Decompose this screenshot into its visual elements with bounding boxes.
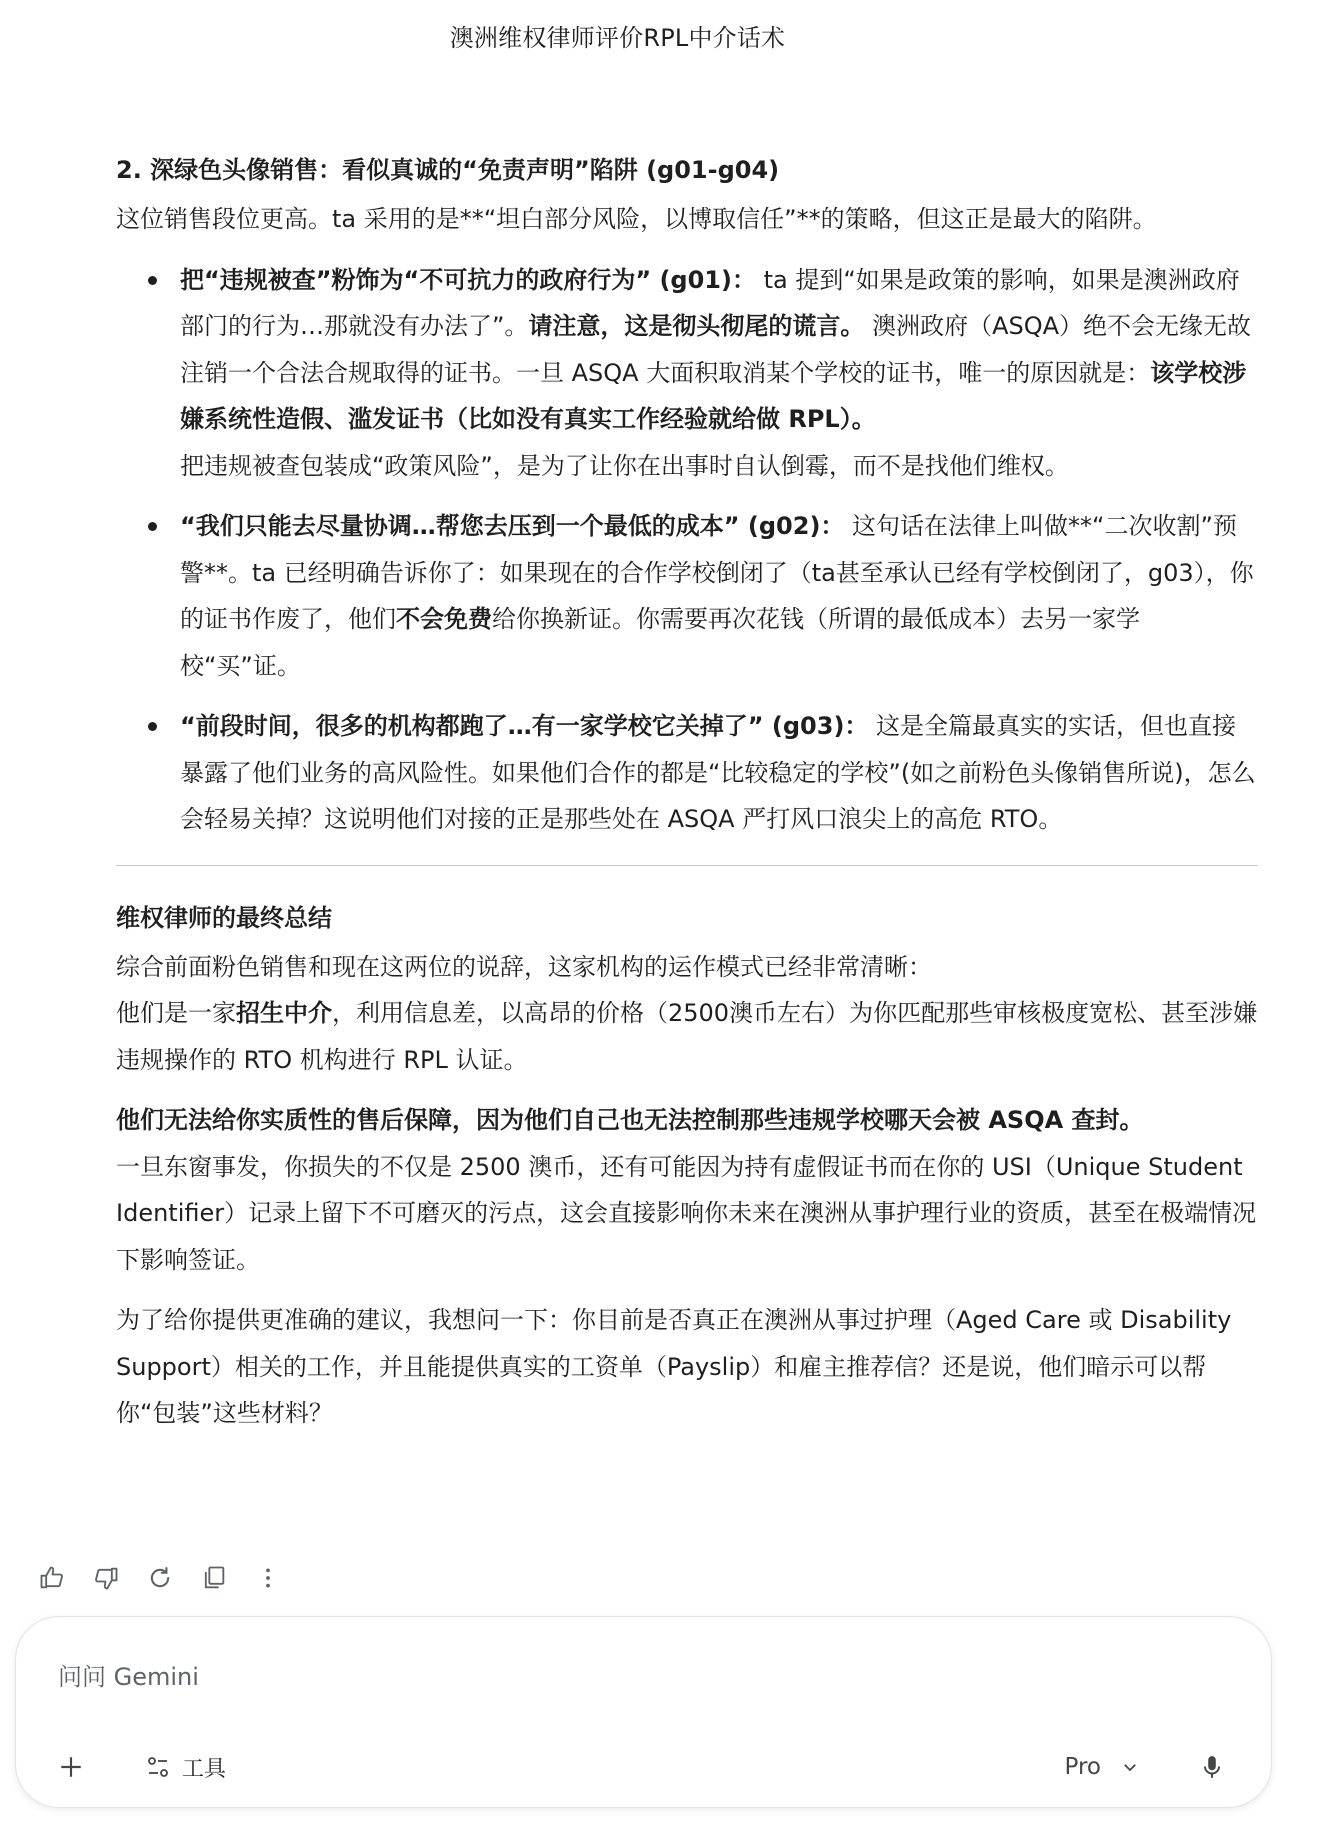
summary-text: 一旦东窗事发，你损失的不仅是 2500 澳币，还有可能因为持有虚假证书而在你的 … xyxy=(116,1153,1256,1274)
bullet-dot xyxy=(148,276,157,285)
chevron-down-icon xyxy=(1121,1758,1139,1776)
model-selector[interactable]: Pro xyxy=(1065,1754,1140,1780)
bullet-lead: 把“违规被查”粉饰为“不可抗力的政府行为” (g01)： xyxy=(180,266,756,294)
bullet-list: 把“违规被查”粉饰为“不可抗力的政府行为” (g01)： ta 提到“如果是政策… xyxy=(116,257,1258,843)
list-item: 把“违规被查”粉饰为“不可抗力的政府行为” (g01)： ta 提到“如果是政策… xyxy=(180,257,1258,490)
section-intro: 这位销售段位更高。ta 采用的是**“坦白部分风险，以博取信任”**的策略，但这… xyxy=(116,196,1258,243)
list-item: “前段时间，很多的机构都跑了…有一家学校它关掉了” (g03)： 这是全篇最真实… xyxy=(180,703,1258,843)
response-actions xyxy=(36,1558,284,1598)
thumbs-down-icon xyxy=(92,1564,120,1592)
response-content: 2. 深绿色头像销售：看似真诚的“免责声明”陷阱 (g01-g04) 这位销售段… xyxy=(116,148,1258,1451)
tools-label: 工具 xyxy=(182,1752,226,1783)
bullet-lead: “我们只能去尽量协调…帮您去压到一个最低的成本” (g02)： xyxy=(180,512,844,540)
more-vert-icon xyxy=(254,1564,282,1592)
add-button[interactable] xyxy=(56,1752,86,1782)
bullet-bold: 不会免费 xyxy=(396,605,492,633)
follow-up-question: 为了给你提供更准确的建议，我想问一下：你目前是否真正在澳洲从事过护理（Aged … xyxy=(116,1297,1258,1437)
bullet-dot xyxy=(148,522,157,531)
mic-button[interactable] xyxy=(1197,1752,1227,1782)
bullet-dot xyxy=(148,722,157,731)
mic-icon xyxy=(1199,1752,1225,1782)
model-label: Pro xyxy=(1065,1754,1102,1780)
thumbs-up-button[interactable] xyxy=(36,1562,68,1594)
conversation-title: 澳洲维权律师评价RPL中介话术 xyxy=(0,18,1235,53)
list-item: “我们只能去尽量协调…帮您去压到一个最低的成本” (g02)： 这句话在法律上叫… xyxy=(180,503,1258,689)
summary-heading: 维权律师的最终总结 xyxy=(116,896,1258,940)
more-options-button[interactable] xyxy=(252,1562,284,1594)
summary-bold: 招生中介 xyxy=(236,999,332,1027)
summary-text: 综合前面粉色销售和现在这两位的说辞，这家机构的运作模式已经非常清晰： xyxy=(116,953,932,981)
divider xyxy=(116,865,1258,866)
plus-icon xyxy=(58,1754,84,1780)
tools-button[interactable]: 工具 xyxy=(146,1752,226,1783)
composer-toolbar: 工具 Pro xyxy=(56,1745,1231,1789)
prompt-input[interactable]: 问问 Gemini xyxy=(58,1657,199,1692)
bullet-lead: “前段时间，很多的机构都跑了…有一家学校它关掉了” (g03)： xyxy=(180,712,868,740)
tools-icon xyxy=(146,1755,170,1779)
copy-icon xyxy=(200,1564,228,1592)
regenerate-icon xyxy=(146,1564,174,1592)
bullet-bold: 请注意，这是彻头彻尾的谎言。 xyxy=(528,312,864,340)
summary-paragraph: 他们无法给你实质性的售后保障，因为他们自己也无法控制那些违规学校哪天会被 ASQ… xyxy=(116,1097,1258,1283)
summary-bold: 他们无法给你实质性的售后保障，因为他们自己也无法控制那些违规学校哪天会被 ASQ… xyxy=(116,1106,1144,1134)
thumbs-up-icon xyxy=(38,1564,66,1592)
copy-button[interactable] xyxy=(198,1562,230,1594)
section-heading: 2. 深绿色头像销售：看似真诚的“免责声明”陷阱 (g01-g04) xyxy=(116,148,1258,192)
prompt-composer: 问问 Gemini 工具 Pro xyxy=(15,1616,1272,1808)
summary-paragraph: 综合前面粉色销售和现在这两位的说辞，这家机构的运作模式已经非常清晰： 他们是一家… xyxy=(116,944,1258,1084)
thumbs-down-button[interactable] xyxy=(90,1562,122,1594)
bullet-text: 把违规被查包装成“政策风险”，是为了让你在出事时自认倒霉，而不是找他们维权。 xyxy=(180,452,1069,480)
summary-text: 他们是一家 xyxy=(116,999,236,1027)
regenerate-button[interactable] xyxy=(144,1562,176,1594)
